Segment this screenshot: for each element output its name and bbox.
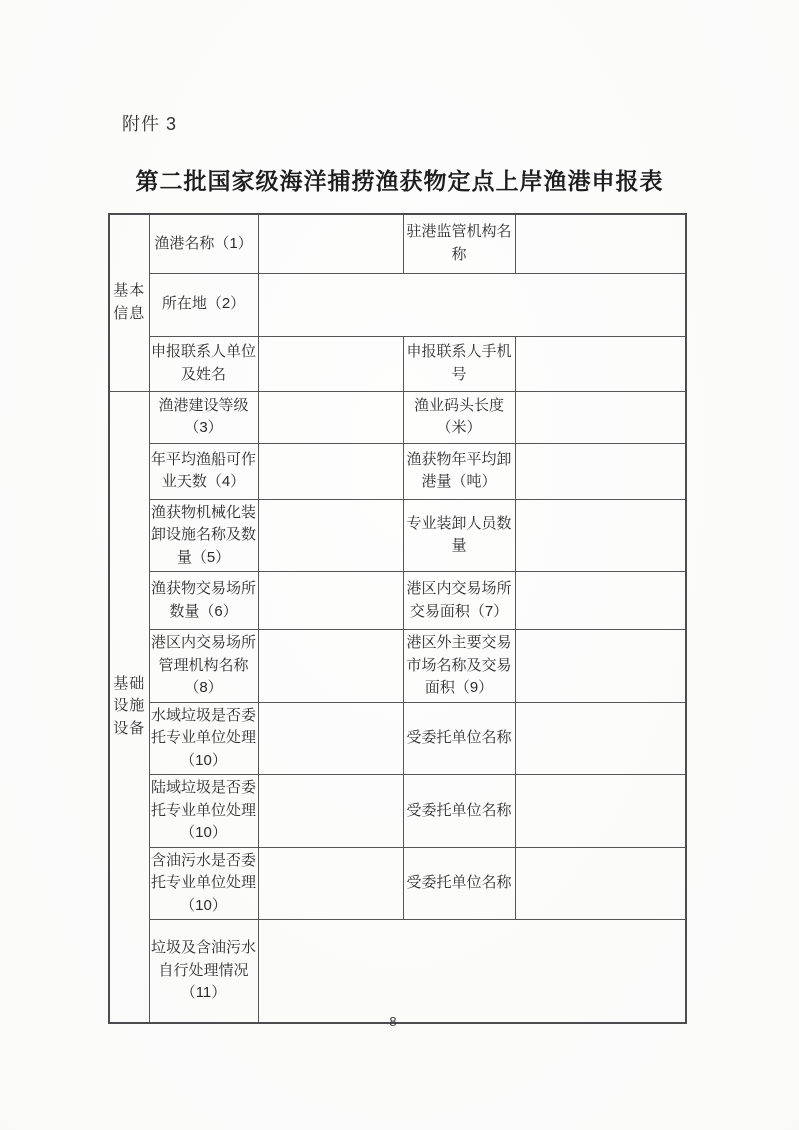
table-row: 基础 设施 设备 渔港建设等级 （3） 渔业码头长度 （米） <box>109 391 686 443</box>
value-entrusted-unit-name-water <box>515 702 686 775</box>
value-oily-sewage-outsourced <box>258 847 403 920</box>
value-contact-mobile-number <box>515 336 686 391</box>
label-port-construction-grade: 渔港建设等级 （3） <box>149 391 258 443</box>
table-row: 水域垃圾是否委 托专业单位处理 （10） 受委托单位名称 <box>109 702 686 775</box>
table-row: 所在地（2） <box>109 273 686 336</box>
value-mechanized-loading-facilities <box>258 499 403 572</box>
section-header-basic-info: 基本 信息 <box>109 214 149 391</box>
label-water-garbage-outsourced: 水域垃圾是否委 托专业单位处理 （10） <box>149 702 258 775</box>
label-location: 所在地（2） <box>149 273 258 336</box>
label-port-name: 渔港名称（1） <box>149 214 258 273</box>
value-entrusted-unit-name-sewage <box>515 847 686 920</box>
value-water-garbage-outsourced <box>258 702 403 775</box>
label-annual-average-unloading-tons: 渔获物年平均卸 港量（吨） <box>403 443 515 499</box>
table-row: 申报联系人单位 及姓名 申报联系人手机 号 <box>109 336 686 391</box>
label-professional-loading-staff-count: 专业装卸人员数 量 <box>403 499 515 572</box>
label-entrusted-unit-name-water: 受委托单位名称 <box>403 702 515 775</box>
value-port-construction-grade <box>258 391 403 443</box>
page-title: 第二批国家级海洋捕捞渔获物定点上岸渔港申报表 <box>0 163 799 196</box>
value-markets-outside-port <box>515 630 686 703</box>
label-mechanized-loading-facilities: 渔获物机械化装 卸设施名称及数 量（5） <box>149 499 258 572</box>
label-entrusted-unit-name-sewage: 受委托单位名称 <box>403 847 515 920</box>
value-trading-area-inside-port <box>515 572 686 630</box>
label-annual-vessel-operating-days: 年平均渔船可作 业天数（4） <box>149 443 258 499</box>
label-port-supervision-agency: 驻港监管机构名 称 <box>403 214 515 273</box>
value-location <box>258 273 686 336</box>
label-contact-unit-and-name: 申报联系人单位 及姓名 <box>149 336 258 391</box>
value-contact-unit-and-name <box>258 336 403 391</box>
value-land-garbage-outsourced <box>258 775 403 848</box>
label-trading-venues-count: 渔获物交易场所 数量（6） <box>149 572 258 630</box>
application-form-table: 基本 信息 渔港名称（1） 驻港监管机构名 称 所在地（2） 申报联系人单位 及… <box>108 213 687 1024</box>
value-professional-loading-staff-count <box>515 499 686 572</box>
label-self-treatment-status: 垃圾及含油污水 自行处理情况 （11） <box>149 920 258 1023</box>
table-row: 基本 信息 渔港名称（1） 驻港监管机构名 称 <box>109 214 686 273</box>
label-markets-outside-port: 港区外主要交易 市场名称及交易 面积（9） <box>403 630 515 703</box>
label-contact-mobile-number: 申报联系人手机 号 <box>403 336 515 391</box>
table-row: 渔获物交易场所 数量（6） 港区内交易场所 交易面积（7） <box>109 572 686 630</box>
value-trading-venue-management-org <box>258 630 403 703</box>
label-trading-venue-management-org: 港区内交易场所 管理机构名称 （8） <box>149 630 258 703</box>
value-port-name <box>258 214 403 273</box>
value-wharf-length-meters <box>515 391 686 443</box>
table-row: 含油污水是否委 托专业单位处理 （10） 受委托单位名称 <box>109 847 686 920</box>
value-self-treatment-status <box>258 920 686 1023</box>
label-land-garbage-outsourced: 陆域垃圾是否委 托专业单位处理 （10） <box>149 775 258 848</box>
value-entrusted-unit-name-land <box>515 775 686 848</box>
table-row: 年平均渔船可作 业天数（4） 渔获物年平均卸 港量（吨） <box>109 443 686 499</box>
section-header-infrastructure: 基础 设施 设备 <box>109 391 149 1023</box>
label-trading-area-inside-port: 港区内交易场所 交易面积（7） <box>403 572 515 630</box>
table-row: 港区内交易场所 管理机构名称 （8） 港区外主要交易 市场名称及交易 面积（9） <box>109 630 686 703</box>
label-wharf-length-meters: 渔业码头长度 （米） <box>403 391 515 443</box>
table-row: 垃圾及含油污水 自行处理情况 （11） <box>109 920 686 1023</box>
value-trading-venues-count <box>258 572 403 630</box>
page-number: 8 <box>0 1014 786 1029</box>
scanned-document-page: 附件 3 第二批国家级海洋捕捞渔获物定点上岸渔港申报表 基本 信息 渔港名称（1… <box>0 0 799 1130</box>
value-annual-average-unloading-tons <box>515 443 686 499</box>
table-row: 渔获物机械化装 卸设施名称及数 量（5） 专业装卸人员数 量 <box>109 499 686 572</box>
value-annual-vessel-operating-days <box>258 443 403 499</box>
label-entrusted-unit-name-land: 受委托单位名称 <box>403 775 515 848</box>
table-row: 陆域垃圾是否委 托专业单位处理 （10） 受委托单位名称 <box>109 775 686 848</box>
value-port-supervision-agency <box>515 214 686 273</box>
attachment-label: 附件 3 <box>122 110 177 136</box>
label-oily-sewage-outsourced: 含油污水是否委 托专业单位处理 （10） <box>149 847 258 920</box>
